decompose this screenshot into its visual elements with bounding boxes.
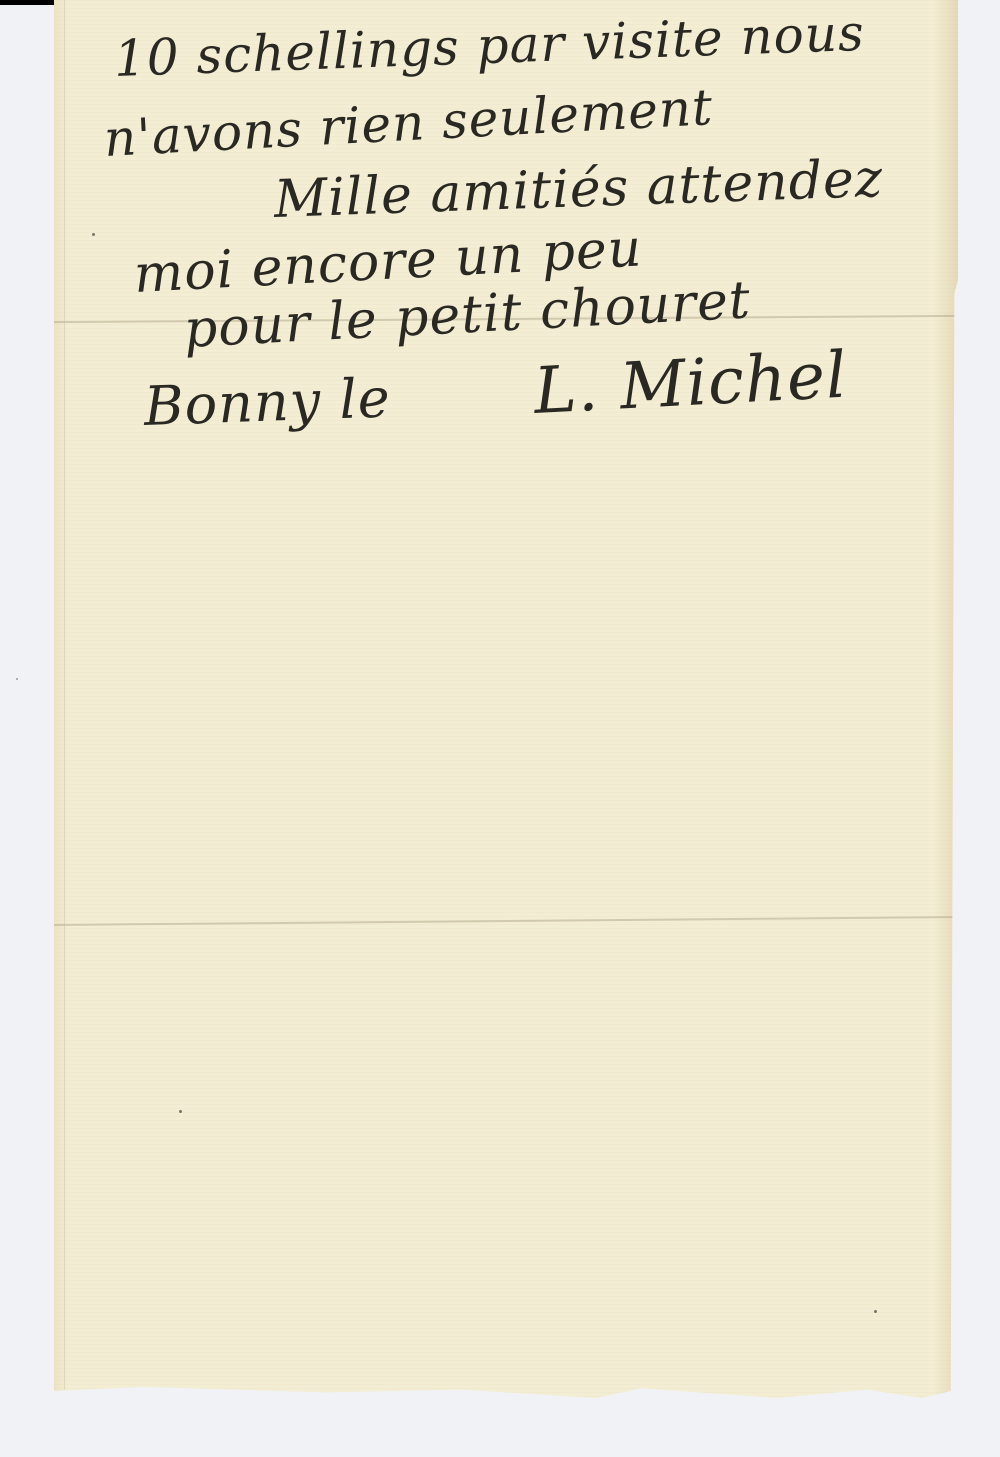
margin-speck (16, 678, 18, 680)
handwritten-line-6: Bonny le (143, 366, 392, 438)
handwritten-line-1: 10 schellings par visite nous (113, 4, 866, 88)
top-black-bar (0, 0, 58, 5)
vertical-fold-crease (64, 0, 65, 1390)
ink-speck (874, 1310, 877, 1313)
handwritten-line-3: Mille amitiés attendez (273, 149, 884, 230)
handwritten-line-2: n'avons rien seulement (102, 78, 714, 168)
signature: L. Michel (532, 339, 849, 429)
letter-paper: 10 schellings par visite nous n'avons ri… (54, 0, 958, 1398)
ink-speck (92, 233, 95, 236)
middle-fold-crease (54, 916, 958, 926)
ink-speck (179, 1110, 182, 1113)
